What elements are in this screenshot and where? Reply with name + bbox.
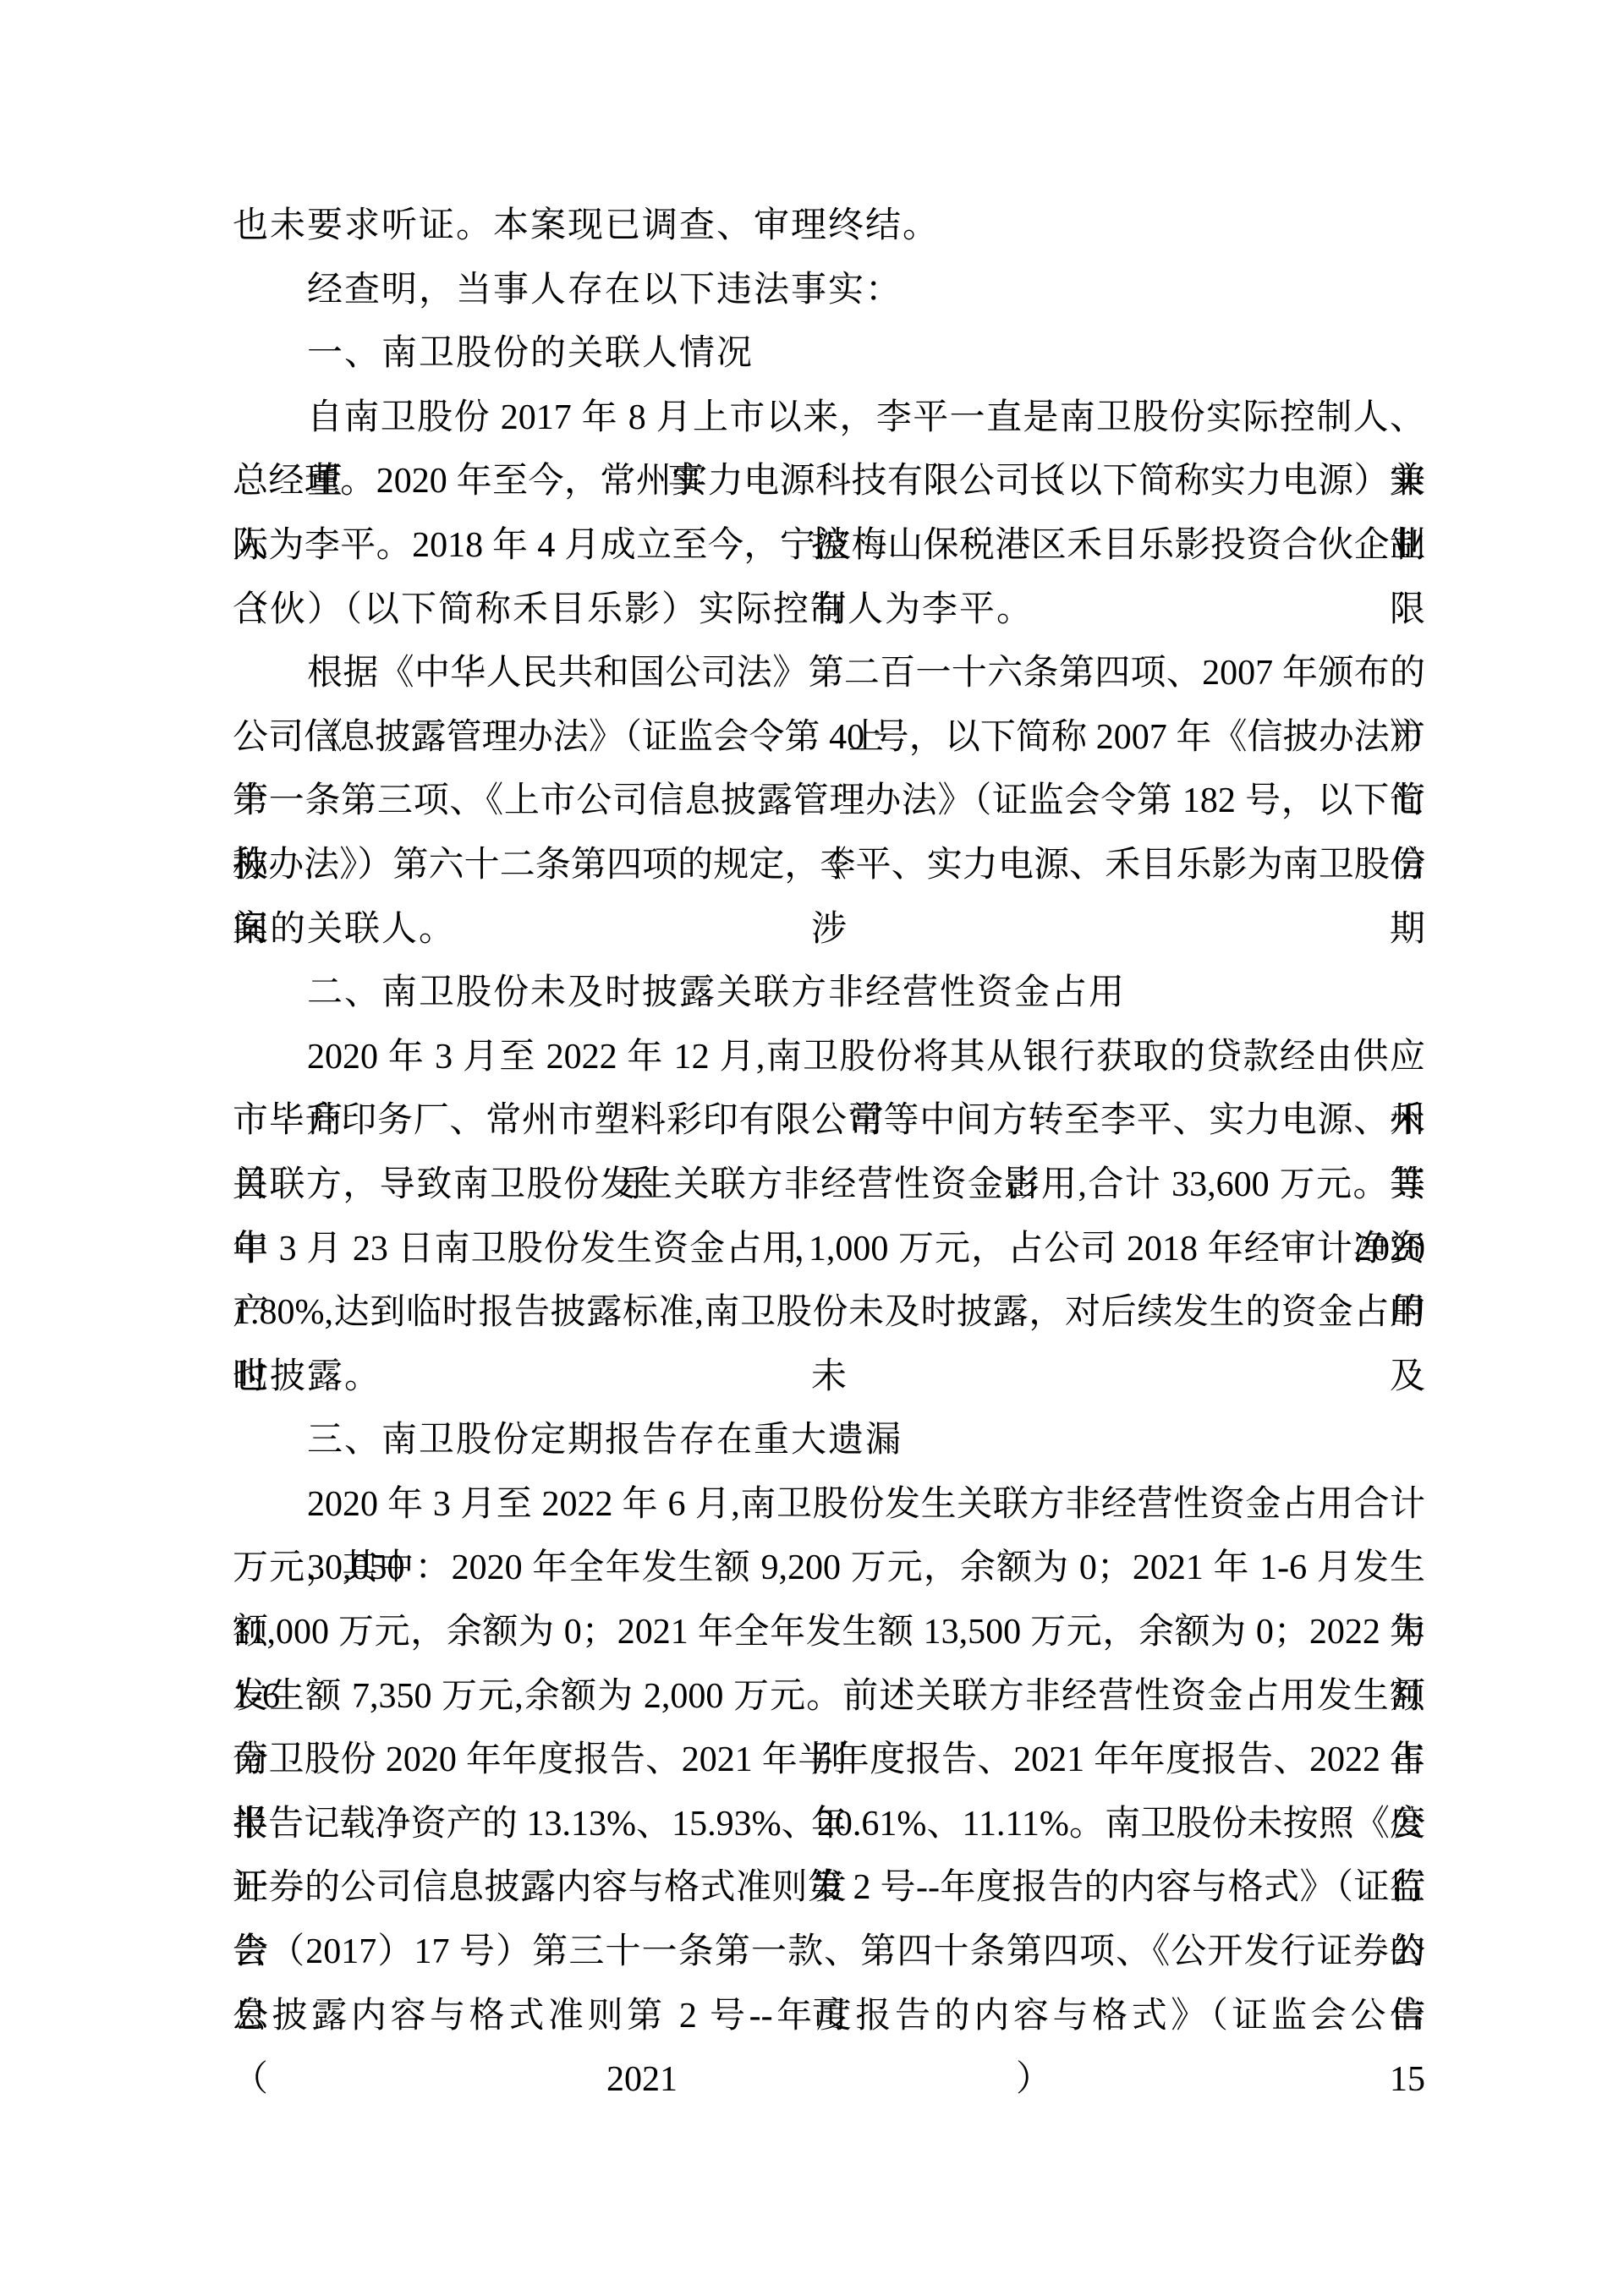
text-line: 关联方，导致南卫股份发生关联方非经营性资金占用,合计 33,600 万元。其中，… <box>233 1153 1425 1218</box>
section-heading-3: 三、南卫股份定期报告存在重大遗漏 <box>233 1409 1425 1473</box>
text-line: 年 3 月 23 日南卫股份发生资金占用 1,000 万元，占公司 2018 年… <box>233 1218 1425 1282</box>
text-line: 十一条第三项、《上市公司信息披露管理办法》（证监会令第 182 号，以下简称《信 <box>233 770 1425 834</box>
text-line: 自南卫股份 2017 年 8 月上市以来，李平一直是南卫股份实际控制人、董事长兼 <box>233 386 1425 451</box>
text-line: 2020 年 3 月至 2022 年 12 月,南卫股份将其从银行获取的贷款经由… <box>233 1026 1425 1090</box>
text-line: 市毕升印务厂、常州市塑料彩印有限公司等中间方转至李平、实力电源、禾目乐影等 <box>233 1089 1425 1153</box>
text-line: 1.80%,达到临时报告披露标准,南卫股份未及时披露，对后续发生的资金占用也未及 <box>233 1281 1425 1345</box>
text-line: 证券的公司信息披露内容与格式准则第 2 号--年度报告的内容与格式》（证监会公 <box>233 1856 1425 1921</box>
text-line: 披办法》）第六十二条第四项的规定，李平、实力电源、禾目乐影为南卫股份案涉期 <box>233 834 1425 898</box>
text-line: 息披露内容与格式准则第 2 号--年度报告的内容与格式》（证监会公告（2021）… <box>233 1985 1425 2049</box>
text-line: 南卫股份 2020 年年度报告、2021 年半年度报告、2021 年年度报告、2… <box>233 1729 1425 1793</box>
text-line: 人为李平。2018 年 4 月成立至今，宁波梅山保税港区禾目乐影投资合伙企业（有… <box>233 514 1425 578</box>
text-line: 公司信息披露管理办法》（证监会令第 40 号，以下简称 2007 年《信披办法》… <box>233 706 1425 770</box>
text-line: 发生额 7,350 万元,余额为 2,000 万元。前述关联方非经营性资金占用发… <box>233 1665 1425 1729</box>
text-line: 经查明，当事人存在以下违法事实： <box>233 259 1425 323</box>
section-heading-1: 一、南卫股份的关联人情况 <box>233 322 1425 386</box>
text-line: 告（2017）17 号）第三十一条第一款、第四十条第四项、《公开发行证券的公司信 <box>233 1921 1425 1985</box>
document-page: 也未要求听证。本案现已调查、审理终结。 经查明，当事人存在以下违法事实： 一、南… <box>0 0 1624 2296</box>
text-line: 11,000 万元，余额为 0；2021 年全年发生额 13,500 万元，余额… <box>233 1601 1425 1665</box>
section-heading-2: 二、南卫股份未及时披露关联方非经营性资金占用 <box>233 962 1425 1026</box>
text-line: 也未要求听证。本案现已调查、审理终结。 <box>233 195 1425 259</box>
text-line: 万元，其中：2020 年全年发生额 9,200 万元，余额为 0；2021 年 … <box>233 1537 1425 1601</box>
text-line: 2020 年 3 月至 2022 年 6 月,南卫股份发生关联方非经营性资金占用… <box>233 1473 1425 1537</box>
text-line: 报告记载净资产的 13.13%、15.93%、20.61%、11.11%。南卫股… <box>233 1793 1425 1857</box>
document-text-block: 也未要求听证。本案现已调查、审理终结。 经查明，当事人存在以下违法事实： 一、南… <box>233 195 1425 2048</box>
text-line: 总经理。2020 年至今，常州实力电源科技有限公司（以下简称实力电源）实际控制 <box>233 450 1425 514</box>
text-line: 根据《中华人民共和国公司法》第二百一十六条第四项、2007 年颁布的《上市 <box>233 642 1425 706</box>
